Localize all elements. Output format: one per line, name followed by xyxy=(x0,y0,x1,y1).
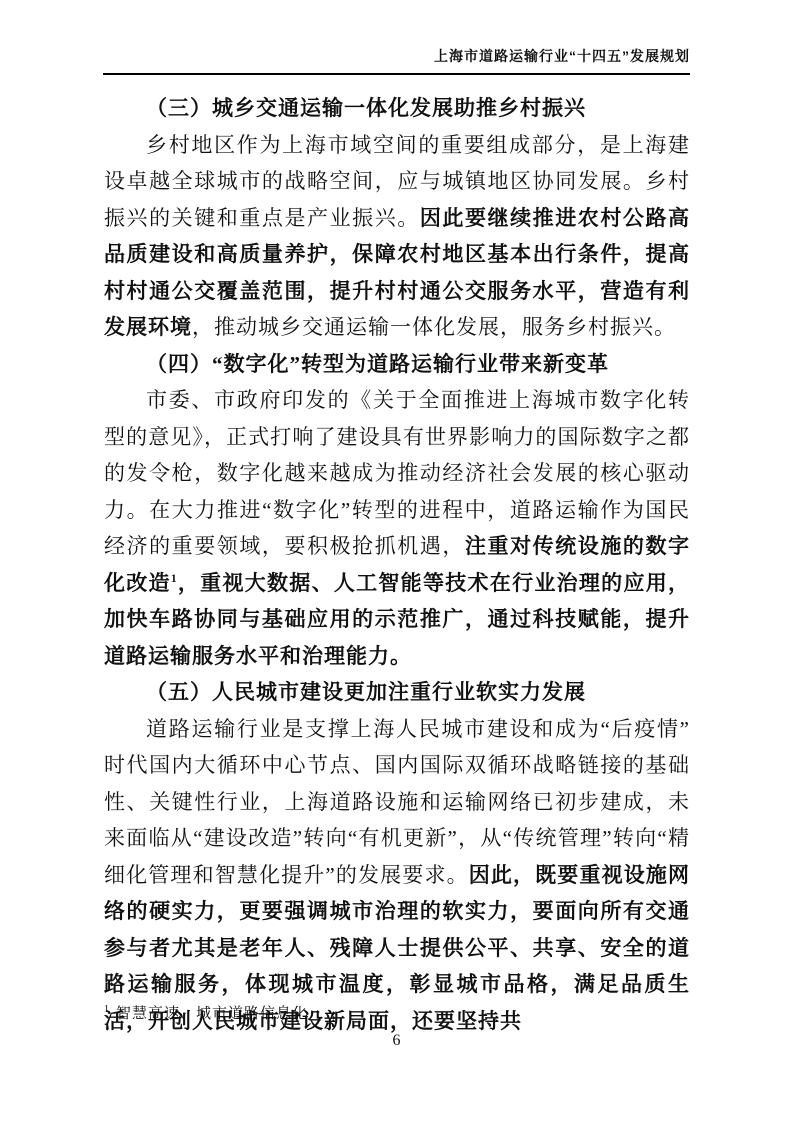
footnote-text: 智慧高速、城市道路信息化 xyxy=(116,1006,308,1022)
text-run: ，推动城乡交通运输一体化发展，服务乡村振兴。 xyxy=(192,315,676,339)
section-heading: （四）“数字化”转型为道路运输行业带来新变革 xyxy=(104,346,690,383)
text-run: 道路运输行业是支撑上海人民城市建设和成为“后疫情”时代国内大循环中心节点、国内国… xyxy=(104,717,690,887)
running-header-title: 上海市道路运输行业“十四五”发展规划 xyxy=(103,46,690,75)
body-paragraph: 道路运输行业是支撑上海人民城市建设和成为“后疫情”时代国内大循环中心节点、国内国… xyxy=(104,711,690,1040)
text-run: ，重视大数据、人工智能等技术在行业治理的应用，加快车路协同与基础应用的示范推广，… xyxy=(104,571,690,668)
document-body: （三）城乡交通运输一体化发展助推乡村振兴 乡村地区作为上海市域空间的重要组成部分… xyxy=(104,90,690,1039)
footnote-ref: 1 xyxy=(171,573,178,585)
text-run: 市委、市政府印发的《关于全面推进上海城市数字化转型的意见》，正式打响了建设具有世… xyxy=(104,388,690,558)
body-paragraph: 市委、市政府印发的《关于全面推进上海城市数字化转型的意见》，正式打响了建设具有世… xyxy=(104,382,690,674)
document-section: （五）人民城市建设更加注重行业软实力发展 道路运输行业是支撑上海人民城市建设和成… xyxy=(104,674,690,1039)
section-heading: （五）人民城市建设更加注重行业软实力发展 xyxy=(104,674,690,711)
page-number: 6 xyxy=(0,1032,793,1050)
section-heading: （三）城乡交通运输一体化发展助推乡村振兴 xyxy=(104,90,690,127)
document-section: （四）“数字化”转型为道路运输行业带来新变革 市委、市政府印发的《关于全面推进上… xyxy=(104,346,690,675)
footnote-marker: 1 xyxy=(104,1004,110,1015)
document-section: （三）城乡交通运输一体化发展助推乡村振兴 乡村地区作为上海市域空间的重要组成部分… xyxy=(104,90,690,346)
body-paragraph: 乡村地区作为上海市域空间的重要组成部分，是上海建设卓越全球城市的战略空间，应与城… xyxy=(104,127,690,346)
document-page: 上海市道路运输行业“十四五”发展规划 （三）城乡交通运输一体化发展助推乡村振兴 … xyxy=(0,0,793,1123)
footnote: 1智慧高速、城市道路信息化 xyxy=(104,1002,690,1023)
